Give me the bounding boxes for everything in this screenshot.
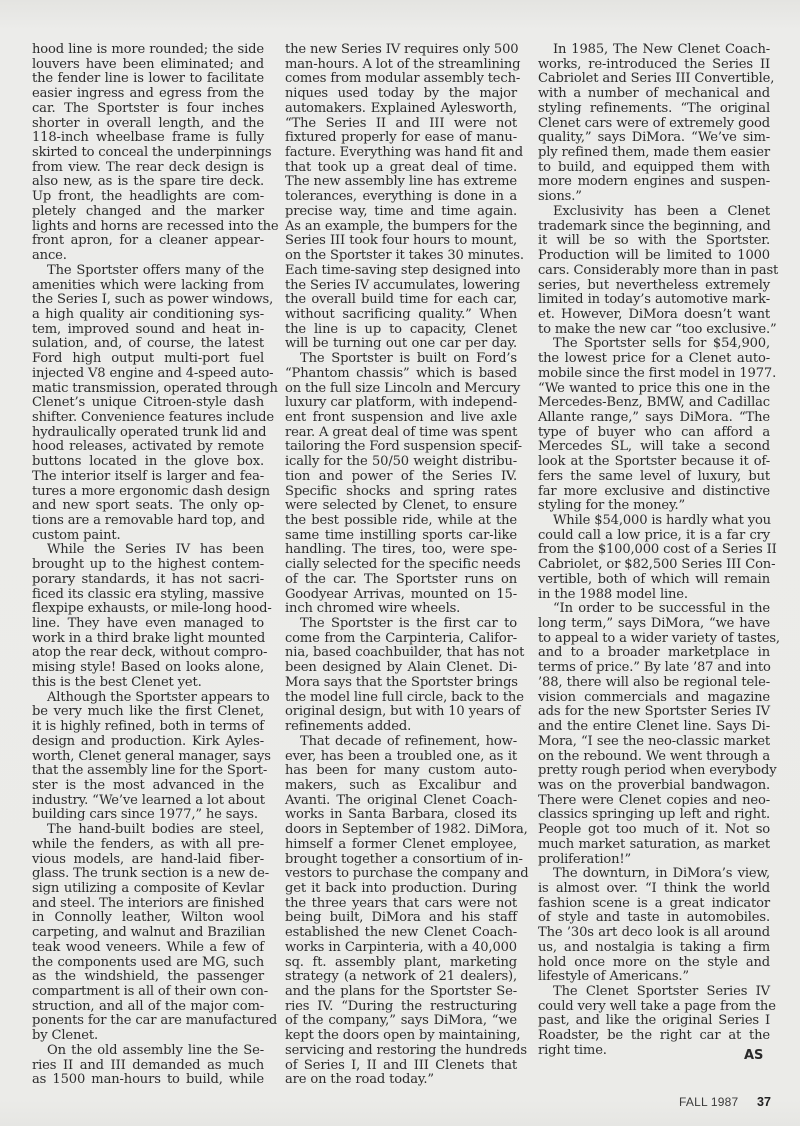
- text-line: precise way, time and time again.: [285, 205, 517, 220]
- text-line: trademark since the beginning, and: [538, 220, 770, 235]
- text-line: hood line is more rounded; the side: [32, 43, 264, 58]
- text-line: a high quality air conditioning sys-: [32, 308, 264, 323]
- text-line: work in a third brake light mounted: [32, 632, 264, 647]
- text-line: lights and horns are recessed into the: [32, 220, 264, 235]
- text-line: pletely changed and the marker: [32, 205, 264, 220]
- text-line: Mercedes-Benz, BMW, and Cadillac: [538, 396, 770, 411]
- article-column-1: hood line is more rounded; the sidelouve…: [32, 43, 264, 1088]
- text-line: ficed its classic era styling, massive: [32, 588, 264, 603]
- text-line: come from the Carpinteria, Califor-: [285, 632, 517, 647]
- text-line: tem, improved sound and heat in-: [32, 323, 264, 338]
- text-line: this is the best Clenet yet.: [32, 676, 264, 691]
- text-line: limited in today’s automotive mark-: [538, 293, 770, 308]
- text-line: of the company,” says DiMora, “we: [285, 1014, 517, 1029]
- text-line: works, re-introduced the Series II: [538, 58, 770, 73]
- text-line: works in Carpinteria, with a 40,000: [285, 941, 517, 956]
- text-line: louvers have been eliminated; and: [32, 58, 264, 73]
- magazine-page: hood line is more rounded; the sidelouve…: [0, 0, 800, 1126]
- text-line: Mercedes SL, will take a second: [538, 440, 770, 455]
- text-line: proliferation!”: [538, 853, 770, 868]
- text-line: “We wanted to price this one in the: [538, 382, 770, 397]
- text-line: in the 1988 model line.: [538, 588, 770, 603]
- text-line: it will be so with the Sportster.: [538, 234, 770, 249]
- text-line: the model line full circle, back to the: [285, 691, 517, 706]
- text-line: sions.”: [538, 190, 770, 205]
- text-line: atop the rear deck, without compro-: [32, 646, 264, 661]
- text-line: The Sportster is the first car to: [285, 617, 517, 632]
- text-line: shorter in overall length, and the: [32, 117, 264, 132]
- text-line: ance.: [32, 249, 264, 264]
- text-line: as the windshield, the passenger: [32, 970, 264, 985]
- text-line: porary standards, it has not sacri-: [32, 573, 264, 588]
- text-line: ries II and III demanded as much: [32, 1059, 264, 1074]
- text-line: ster is the most advanced in the: [32, 779, 264, 794]
- text-line: servicing and restoring the hundreds: [285, 1044, 517, 1059]
- text-line: ’88, there will also be regional tele-: [538, 676, 770, 691]
- text-line: While $54,000 is hardly what you: [538, 514, 770, 529]
- text-line: comes from modular assembly tech-: [285, 72, 517, 87]
- text-line: That decade of refinement, how-: [285, 735, 517, 750]
- text-line: that took up a great deal of time.: [285, 161, 517, 176]
- text-line: “Phantom chassis” which is based: [285, 367, 517, 382]
- text-line: ries IV. “During the restructuring: [285, 1000, 517, 1015]
- text-line: tions are a removable hard top, and: [32, 514, 264, 529]
- text-line: struction, and all of the major com-: [32, 1000, 264, 1015]
- text-line: been designed by Alain Clenet. Di-: [285, 661, 517, 676]
- text-line: The hand-built bodies are steel,: [32, 823, 264, 838]
- text-line: being built, DiMora and his staff: [285, 911, 517, 926]
- text-line: fixtured properly for ease of manu-: [285, 131, 517, 146]
- text-line: facture. Everything was hand fit and: [285, 146, 517, 161]
- text-line: could call a low price, it is a far cry: [538, 529, 770, 544]
- text-line: works in Santa Barbara, closed its: [285, 808, 517, 823]
- text-line: glass. The trunk section is a new de-: [32, 867, 264, 882]
- text-line: cars. Considerably more than in past: [538, 264, 770, 279]
- text-line: right time.: [538, 1044, 770, 1059]
- text-line: brought together a consortium of in-: [285, 853, 517, 868]
- text-line: kept the doors open by maintaining,: [285, 1029, 517, 1044]
- text-line: and steel. The interiors are finished: [32, 897, 264, 912]
- text-line: design and production. Kirk Ayles-: [32, 735, 264, 750]
- text-line: The Clenet Sportster Series IV: [538, 985, 770, 1000]
- text-line: with a number of mechanical and: [538, 87, 770, 102]
- text-line: Although the Sportster appears to: [32, 691, 264, 706]
- text-line: us, and nostalgia is taking a firm: [538, 941, 770, 956]
- text-line: Up front, the headlights are com-: [32, 190, 264, 205]
- text-line: vestors to purchase the company and: [285, 867, 517, 882]
- text-line: styling refinements. “The original: [538, 102, 770, 117]
- text-line: and the entire Clenet line. Says Di-: [538, 720, 770, 735]
- text-line: quality,” says DiMora. “We’ve sim-: [538, 131, 770, 146]
- text-line: handling. The tires, too, were spe-: [285, 543, 517, 558]
- text-line: shifter. Convenience features include: [32, 411, 264, 426]
- text-line: rear. A great deal of time was spent: [285, 426, 517, 441]
- text-line: the fender line is lower to facilitate: [32, 72, 264, 87]
- text-line: vertible, both of which will remain: [538, 573, 770, 588]
- text-line: from view. The rear deck design is: [32, 161, 264, 176]
- text-line: tailoring the Ford suspension specif-: [285, 440, 517, 455]
- text-line: and new sport seats. The only op-: [32, 499, 264, 514]
- text-line: On the old assembly line the Se-: [32, 1044, 264, 1059]
- text-line: “In order to be successful in the: [538, 602, 770, 617]
- text-line: to make the new car “too exclusive.”: [538, 323, 770, 338]
- text-line: long term,” says DiMora, “we have: [538, 617, 770, 632]
- text-line: be very much like the first Clenet,: [32, 705, 264, 720]
- text-line: mobile since the first model in 1977.: [538, 367, 770, 382]
- text-line: line. They have even managed to: [32, 617, 264, 632]
- text-line: The Sportster offers many of the: [32, 264, 264, 279]
- text-line: classics springing up left and right.: [538, 808, 770, 823]
- text-line: far more exclusive and distinctive: [538, 485, 770, 500]
- author-signature: AS: [744, 1048, 763, 1063]
- text-line: sulation, and, of course, the latest: [32, 337, 264, 352]
- text-line: The downturn, in DiMora’s view,: [538, 867, 770, 882]
- text-line: it is highly refined, both in terms of: [32, 720, 264, 735]
- text-line: tion and power of the Series IV.: [285, 470, 517, 485]
- text-line: without sacrificing quality.” When: [285, 308, 517, 323]
- text-line: of the car. The Sportster runs on: [285, 573, 517, 588]
- text-line: series, but nevertheless extremely: [538, 279, 770, 294]
- text-line: There were Clenet copies and neo-: [538, 794, 770, 809]
- text-line: fashion scene is a great indicator: [538, 897, 770, 912]
- text-line: from the $100,000 cost of a Series II: [538, 543, 770, 558]
- text-line: on the full size Lincoln and Mercury: [285, 382, 517, 397]
- text-line: custom paint.: [32, 529, 264, 544]
- text-line: in Connolly leather, Wilton wool: [32, 911, 264, 926]
- text-line: ply refined them, made them easier: [538, 146, 770, 161]
- text-line: The new assembly line has extreme: [285, 175, 517, 190]
- text-line: established the new Clenet Coach-: [285, 926, 517, 941]
- article-column-3: In 1985, The New Clenet Coach-works, re-…: [538, 43, 770, 1059]
- text-line: Ford high output multi-port fuel: [32, 352, 264, 367]
- text-line: same time instilling sports car-like: [285, 529, 517, 544]
- text-line: Each time-saving step designed into: [285, 264, 517, 279]
- text-line: While the Series IV has been: [32, 543, 264, 558]
- text-line: makers, such as Excalibur and: [285, 779, 517, 794]
- text-line: niques used today by the major: [285, 87, 517, 102]
- text-line: ent front suspension and live axle: [285, 411, 517, 426]
- text-line: much market saturation, as market: [538, 838, 770, 853]
- text-line: strategy (a network of 21 dealers),: [285, 970, 517, 985]
- text-line: and to a broader marketplace in: [538, 646, 770, 661]
- text-line: cially selected for the specific needs: [285, 558, 517, 573]
- text-line: Roadster, be the right car at the: [538, 1029, 770, 1044]
- text-line: tolerances, everything is done in a: [285, 190, 517, 205]
- text-line: type of buyer who can afford a: [538, 426, 770, 441]
- text-line: past, and like the original Series I: [538, 1014, 770, 1029]
- text-line: was on the proverbial bandwagon.: [538, 779, 770, 794]
- text-line: teak wood veneers. While a few of: [32, 941, 264, 956]
- text-line: will be turning out one car per day.: [285, 337, 517, 352]
- issue-label: FALL 1987: [679, 1095, 738, 1109]
- text-line: As an example, the bumpers for the: [285, 220, 517, 235]
- text-line: by Clenet.: [32, 1029, 264, 1044]
- text-line: the components used are MG, such: [32, 956, 264, 971]
- text-line: The interior itself is larger and fea-: [32, 470, 264, 485]
- text-line: skirted to conceal the underpinnings: [32, 146, 264, 161]
- text-line: man-hours. A lot of the streamlining: [285, 58, 517, 73]
- text-line: ever, has been a troubled one, as it: [285, 750, 517, 765]
- text-line: sq. ft. assembly plant, marketing: [285, 956, 517, 971]
- article-column-2: the new Series IV requires only 500man-h…: [285, 43, 517, 1088]
- text-line: the new Series IV requires only 500: [285, 43, 517, 58]
- text-line: terms of price.” By late ’87 and into: [538, 661, 770, 676]
- text-line: Clenet’s unique Citroen-style dash: [32, 396, 264, 411]
- text-line: carpeting, and walnut and Brazilian: [32, 926, 264, 941]
- text-line: In 1985, The New Clenet Coach-: [538, 43, 770, 58]
- text-line: on the rebound. We went through a: [538, 750, 770, 765]
- text-line: and the plans for the Sportster Se-: [285, 985, 517, 1000]
- text-line: buttons located in the glove box.: [32, 455, 264, 470]
- text-line: vious models, are hand-laid fiber-: [32, 853, 264, 868]
- text-line: are on the road today.”: [285, 1073, 517, 1088]
- text-line: the three years that cars were not: [285, 897, 517, 912]
- text-line: the lowest price for a Clenet auto-: [538, 352, 770, 367]
- text-line: matic transmission, operated through: [32, 382, 264, 397]
- text-line: worth, Clenet general manager, says: [32, 750, 264, 765]
- text-line: while the fenders, as with all pre-: [32, 838, 264, 853]
- text-line: flexpipe exhausts, or mile-long hood-: [32, 602, 264, 617]
- text-line: as 1500 man-hours to build, while: [32, 1073, 264, 1088]
- text-line: The ’30s art deco look is all around: [538, 926, 770, 941]
- text-line: inch chromed wire wheels.: [285, 602, 517, 617]
- text-line: car. The Sportster is four inches: [32, 102, 264, 117]
- text-line: compartment is all of their own con-: [32, 985, 264, 1000]
- text-line: could very well take a page from the: [538, 1000, 770, 1015]
- text-line: lifestyle of Americans.”: [538, 970, 770, 985]
- text-line: Clenet cars were of extremely good: [538, 117, 770, 132]
- text-line: the Series IV accumulates, lowering: [285, 279, 517, 294]
- text-line: Cabriolet, or $82,500 Series III Con-: [538, 558, 770, 573]
- text-line: automakers. Explained Aylesworth,: [285, 102, 517, 117]
- text-line: more modern engines and suspen-: [538, 175, 770, 190]
- text-line: People got too much of it. Not so: [538, 823, 770, 838]
- text-line: the overall build time for each car,: [285, 293, 517, 308]
- text-line: pretty rough period when everybody: [538, 764, 770, 779]
- text-line: 118-inch wheelbase frame is fully: [32, 131, 264, 146]
- text-line: of style and taste in automobiles.: [538, 911, 770, 926]
- text-line: Production will be limited to 1000: [538, 249, 770, 264]
- text-line: were selected by Clenet, to ensure: [285, 499, 517, 514]
- text-line: tures a more ergonomic dash design: [32, 485, 264, 500]
- text-line: ponents for the car are manufactured: [32, 1014, 264, 1029]
- text-line: Goodyear Arrivas, mounted on 15-: [285, 588, 517, 603]
- text-line: the Series I, such as power windows,: [32, 293, 264, 308]
- text-line: styling for the money.”: [538, 499, 770, 514]
- text-line: himself a former Clenet employee,: [285, 838, 517, 853]
- text-line: hood releases, activated by remote: [32, 440, 264, 455]
- text-line: ads for the new Sportster Series IV: [538, 705, 770, 720]
- text-line: easier ingress and egress from the: [32, 87, 264, 102]
- text-line: vision commercials and magazine: [538, 691, 770, 706]
- text-line: et. However, DiMora doesn’t want: [538, 308, 770, 323]
- text-line: hydraulically operated trunk lid and: [32, 426, 264, 441]
- text-line: hold once more on the style and: [538, 956, 770, 971]
- text-line: sign utilizing a composite of Kevlar: [32, 882, 264, 897]
- text-line: nia, based coachbuilder, that has not: [285, 646, 517, 661]
- text-line: to build, and equipped them with: [538, 161, 770, 176]
- text-line: doors in September of 1982. DiMora,: [285, 823, 517, 838]
- text-line: refinements added.: [285, 720, 517, 735]
- text-line: to appeal to a wider variety of tastes,: [538, 632, 770, 647]
- text-line: brought up to the highest contem-: [32, 558, 264, 573]
- text-line: The Sportster sells for $54,900,: [538, 337, 770, 352]
- text-line: Cabriolet and Series III Convertible,: [538, 72, 770, 87]
- text-line: front apron, for a cleaner appear-: [32, 234, 264, 249]
- text-line: Series III took four hours to mount,: [285, 234, 517, 249]
- text-line: industry. “We’ve learned a lot about: [32, 794, 264, 809]
- text-line: “The Series II and III were not: [285, 117, 517, 132]
- text-line: also new, as is the spare tire deck.: [32, 175, 264, 190]
- text-line: has been for many custom auto-: [285, 764, 517, 779]
- text-line: Allante range,” says DiMora. “The: [538, 411, 770, 426]
- text-line: Mora, “I see the neo-classic market: [538, 735, 770, 750]
- text-line: of Series I, II and III Clenets that: [285, 1059, 517, 1074]
- page-number: 37: [757, 1095, 771, 1109]
- text-line: Specific shocks and spring rates: [285, 485, 517, 500]
- text-line: is almost over. “I think the world: [538, 882, 770, 897]
- text-line: that the assembly line for the Sport-: [32, 764, 264, 779]
- text-line: ically for the 50/50 weight distribu-: [285, 455, 517, 470]
- text-line: the best possible ride, while at the: [285, 514, 517, 529]
- text-line: The Sportster is built on Ford’s: [285, 352, 517, 367]
- text-line: building cars since 1977,” he says.: [32, 808, 264, 823]
- text-line: mising style! Based on looks alone,: [32, 661, 264, 676]
- text-line: amenities which were lacking from: [32, 279, 264, 294]
- text-line: fers the same level of luxury, but: [538, 470, 770, 485]
- text-line: Avanti. The original Clenet Coach-: [285, 794, 517, 809]
- text-line: original design, but with 10 years of: [285, 705, 517, 720]
- text-line: Mora says that the Sportster brings: [285, 676, 517, 691]
- text-line: get it back into production. During: [285, 882, 517, 897]
- text-line: luxury car platform, with independ-: [285, 396, 517, 411]
- text-line: the line is up to capacity, Clenet: [285, 323, 517, 338]
- text-line: Exclusivity has been a Clenet: [538, 205, 770, 220]
- text-line: look at the Sportster because it of-: [538, 455, 770, 470]
- text-line: on the Sportster it takes 30 minutes.: [285, 249, 517, 264]
- text-line: injected V8 engine and 4-speed auto-: [32, 367, 264, 382]
